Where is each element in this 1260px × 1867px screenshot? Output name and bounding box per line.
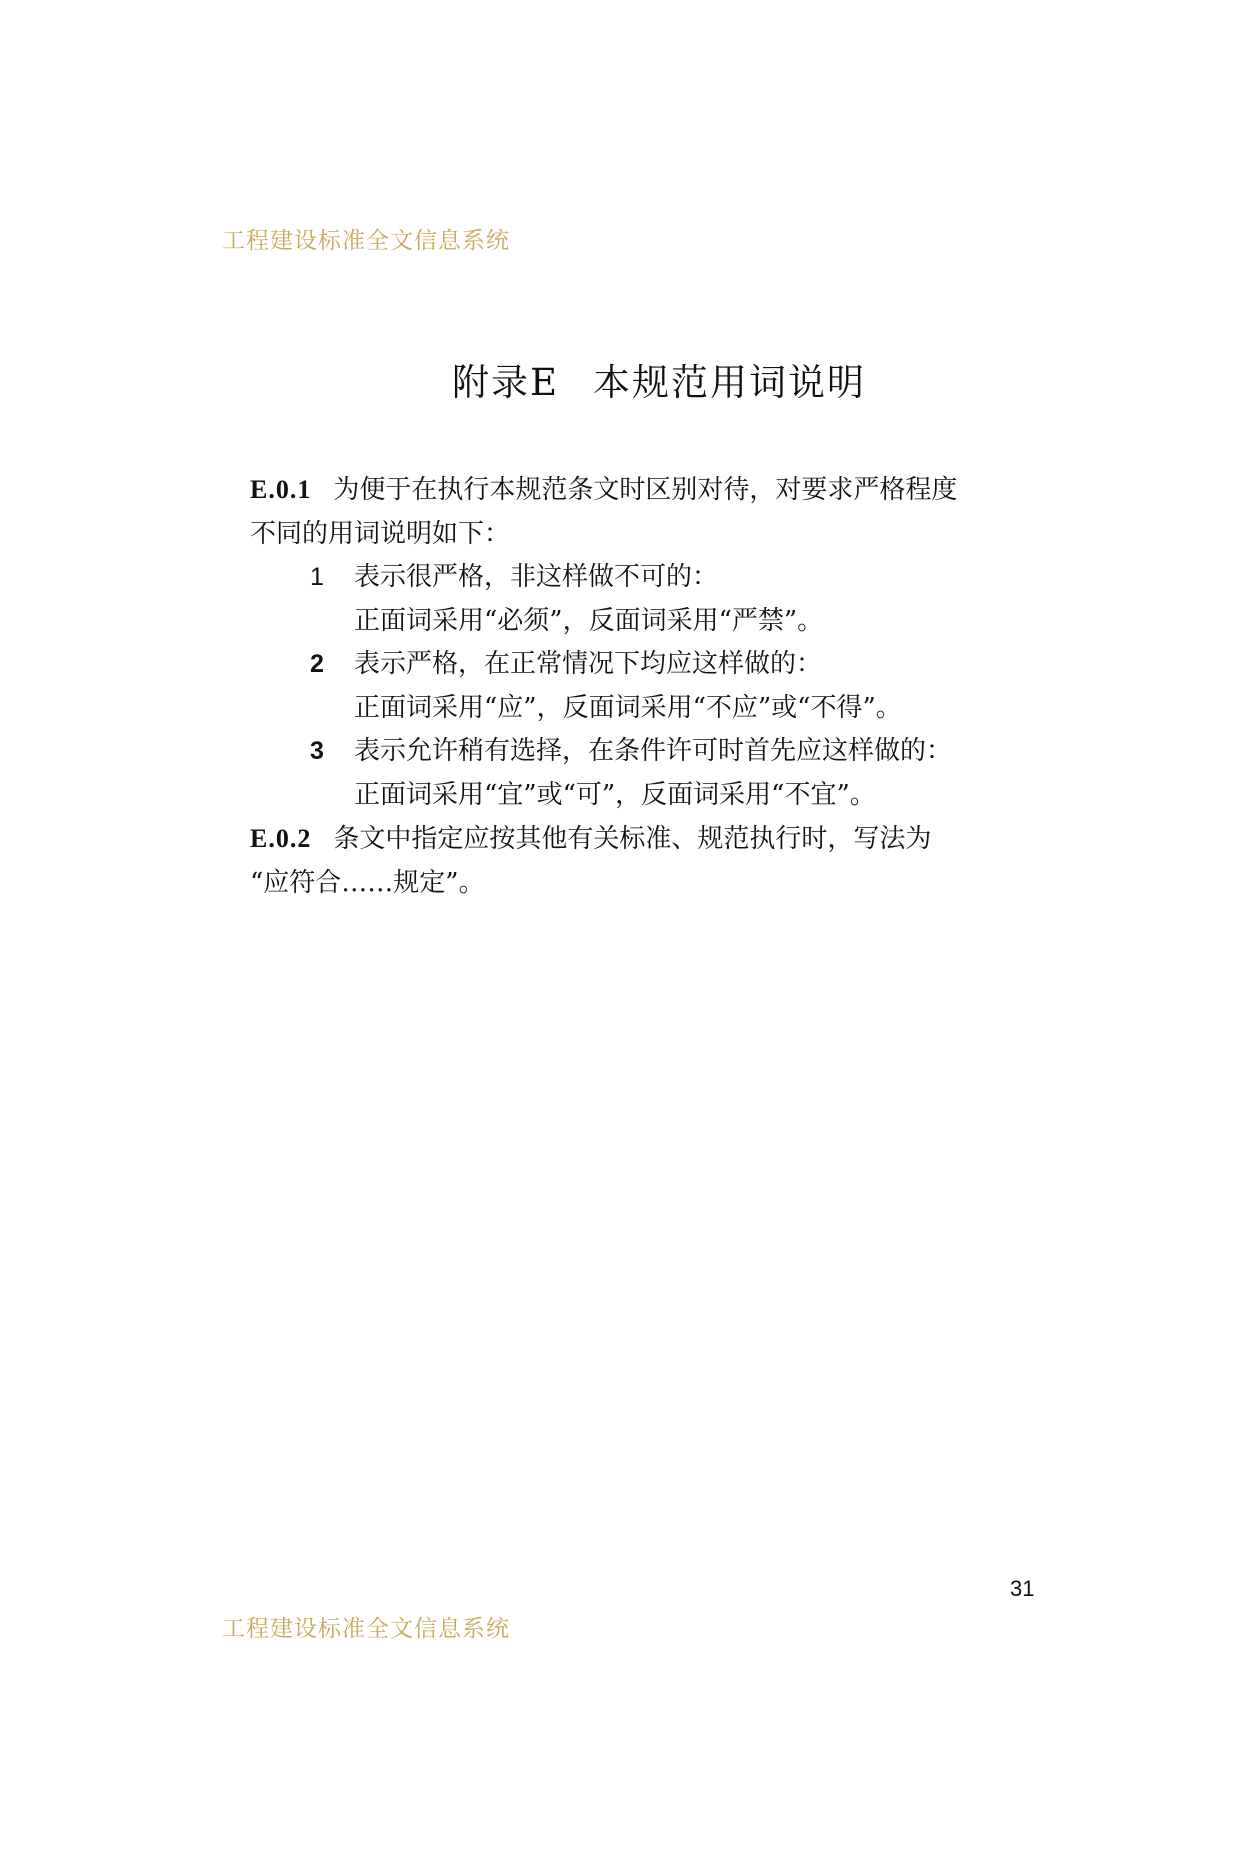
watermark-header: 工程建设标准全文信息系统	[222, 222, 510, 255]
appendix-title: 本规范用词说明	[593, 361, 866, 404]
item-number: 1	[310, 556, 324, 600]
clause-number: E.0.2	[250, 824, 311, 853]
clause-text: 为便于在执行本规范条文时区别对待，对要求严格程度	[333, 475, 957, 505]
item-text: 表示允许稍有选择，在条件许可时首先应这样做的：	[354, 730, 1080, 774]
list-item: 3 表示允许稍有选择，在条件许可时首先应这样做的： 正面词采用“宜”或“可”，反…	[250, 730, 1080, 817]
item-text: 正面词采用“应”，反面词采用“不应”或“不得”。	[354, 687, 1080, 731]
clause-line: 不同的用词说明如下：	[250, 513, 1080, 557]
item-text: 正面词采用“宜”或“可”，反面词采用“不宜”。	[354, 774, 1080, 818]
item-text: 正面词采用“必须”，反面词采用“严禁”。	[354, 600, 1080, 644]
clause-line: “应符合……规定”。	[250, 862, 1080, 906]
appendix-label: 附录E	[452, 361, 559, 404]
clause-e01: E.0.1为便于在执行本规范条文时区别对待，对要求严格程度 不同的用词说明如下：…	[250, 468, 1080, 817]
page-title: 附录E本规范用词说明	[452, 352, 866, 406]
clause-e02: E.0.2条文中指定应按其他有关标准、规范执行时，写法为 “应符合……规定”。	[250, 817, 1080, 905]
clause-number: E.0.1	[250, 475, 311, 504]
clause-text: 条文中指定应按其他有关标准、规范执行时，写法为	[333, 824, 931, 854]
item-text: 表示很严格，非这样做不可的：	[354, 556, 1080, 600]
item-text: 表示严格，在正常情况下均应这样做的：	[354, 643, 1080, 687]
watermark-footer: 工程建设标准全文信息系统	[222, 1610, 510, 1643]
item-number: 2	[310, 643, 324, 687]
clause-line: E.0.2条文中指定应按其他有关标准、规范执行时，写法为	[250, 817, 1080, 862]
list-item: 2 表示严格，在正常情况下均应这样做的： 正面词采用“应”，反面词采用“不应”或…	[250, 643, 1080, 730]
item-number: 3	[310, 730, 324, 774]
list-item: 1 表示很严格，非这样做不可的： 正面词采用“必须”，反面词采用“严禁”。	[250, 556, 1080, 643]
document-body: E.0.1为便于在执行本规范条文时区别对待，对要求严格程度 不同的用词说明如下：…	[250, 468, 1080, 905]
page-number: 31	[1010, 1576, 1034, 1602]
clause-line: E.0.1为便于在执行本规范条文时区别对待，对要求严格程度	[250, 468, 1080, 513]
